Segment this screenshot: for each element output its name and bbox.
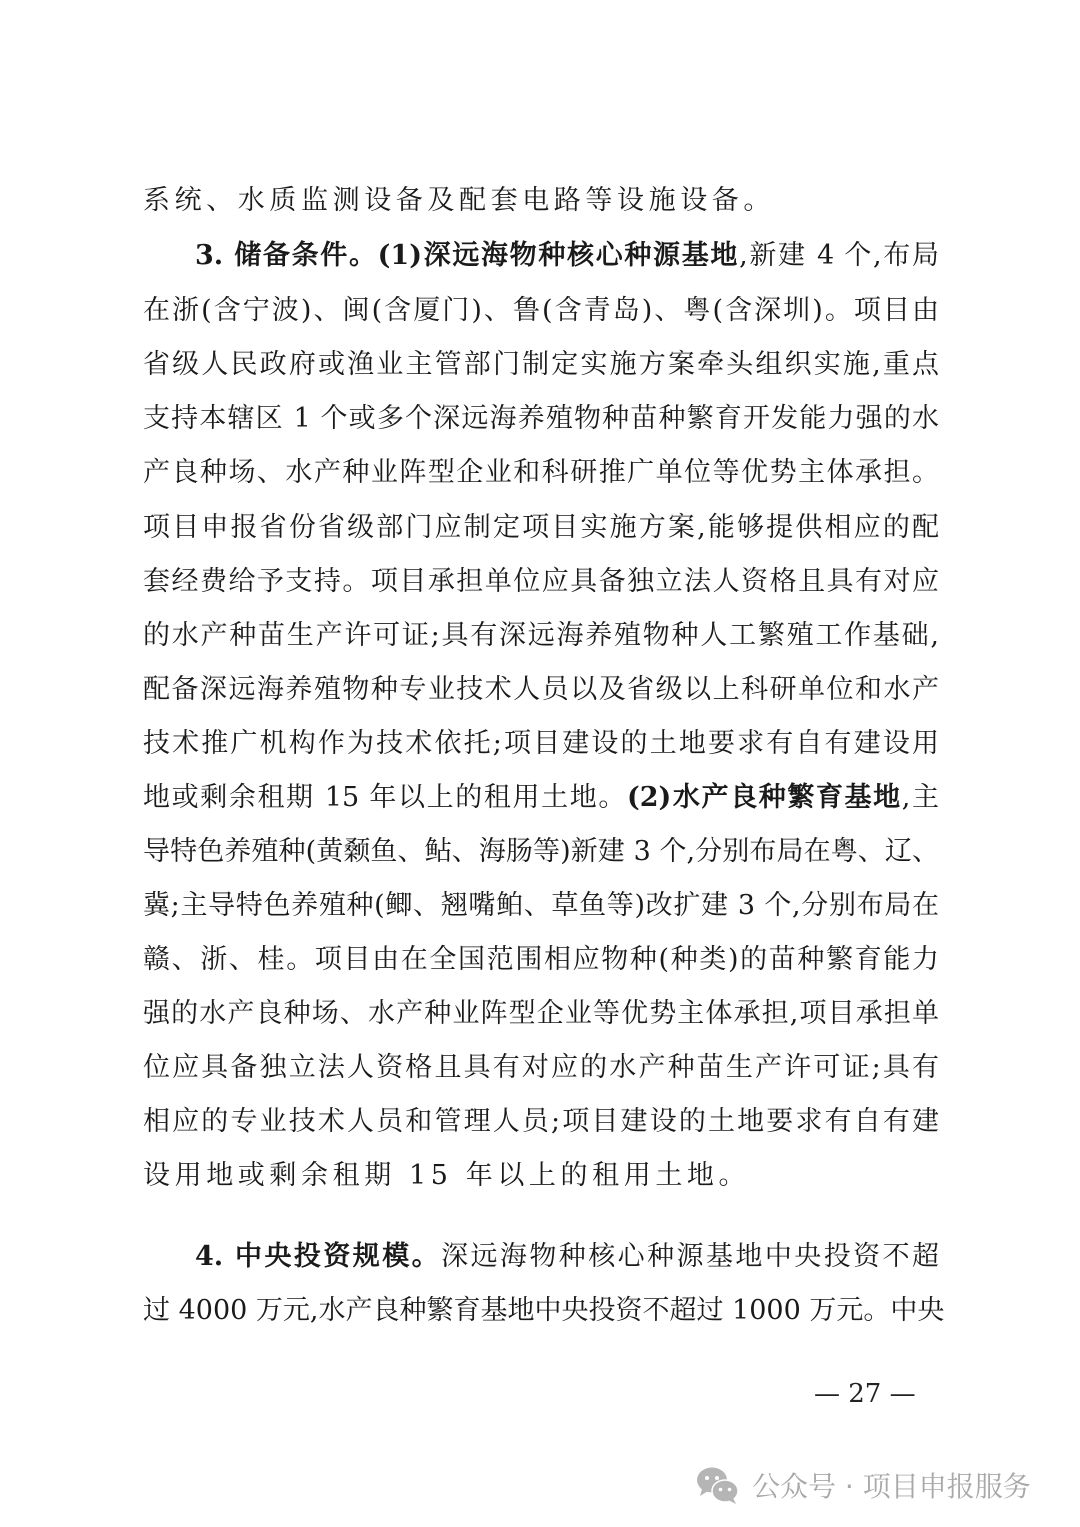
text-segment: 地或剩余租期 15 年以上的租用土地。: [143, 782, 627, 813]
text-segment: 强的水产良种场、水产种业阵型企业等优势主体承担,项目承担单: [143, 998, 939, 1029]
text-line: 强的水产良种场、水产种业阵型企业等优势主体承担,项目承担单: [143, 994, 939, 1034]
text-line: 相应的专业技术人员和管理人员;项目建设的土地要求有自有建: [143, 1102, 939, 1142]
text-segment: 项目申报省份省级部门应制定项目实施方案,能够提供相应的配: [143, 512, 939, 543]
bold-heading-text: (2)水产良种繁育基地: [627, 782, 902, 813]
text-line: 过 4000 万元,水产良种繁育基地中央投资不超过 1000 万元。中央: [143, 1291, 939, 1331]
text-segment: 设用地或剩余租期 15 年以上的租用土地。: [143, 1160, 750, 1191]
bold-heading-text: 3. 储备条件。(1)深远海物种核心种源基地: [195, 240, 739, 271]
page-number: — 27 —: [814, 1376, 916, 1412]
text-segment: ,主: [902, 782, 939, 813]
text-segment: 的水产种苗生产许可证;具有深远海养殖物种人工繁殖工作基础,: [143, 620, 939, 651]
text-segment: 深远海物种核心种源基地中央投资不超: [441, 1241, 939, 1272]
text-segment: 位应具备独立法人资格且具有对应的水产种苗生产许可证;具有: [143, 1052, 939, 1083]
text-line: 位应具备独立法人资格且具有对应的水产种苗生产许可证;具有: [143, 1048, 939, 1088]
text-line: 省级人民政府或渔业主管部门制定实施方案牵头组织实施,重点: [143, 345, 939, 385]
text-segment: 赣、浙、桂。项目由在全国范围相应物种(种类)的苗种繁育能力: [143, 944, 939, 975]
text-line: 冀;主导特色养殖种(鲫、翘嘴鲌、草鱼等)改扩建 3 个,分别布局在: [143, 886, 939, 926]
text-segment: 过 4000 万元,水产良种繁育基地中央投资不超过 1000 万元。中央: [143, 1295, 944, 1326]
text-segment: 在浙(含宁波)、闽(含厦门)、鲁(含青岛)、粤(含深圳)。项目由: [143, 295, 939, 326]
text-segment: 相应的专业技术人员和管理人员;项目建设的土地要求有自有建: [143, 1106, 939, 1137]
text-segment: 冀;主导特色养殖种(鲫、翘嘴鲌、草鱼等)改扩建 3 个,分别布局在: [143, 890, 939, 921]
document-page: 系统、水质监测设备及配套电路等设施设备。3. 储备条件。(1)深远海物种核心种源…: [0, 0, 1080, 1527]
text-line: 在浙(含宁波)、闽(含厦门)、鲁(含青岛)、粤(含深圳)。项目由: [143, 291, 939, 331]
text-line: 产良种场、水产种业阵型企业和科研推广单位等优势主体承担。: [143, 453, 939, 493]
text-segment: 产良种场、水产种业阵型企业和科研推广单位等优势主体承担。: [143, 457, 939, 488]
text-line: 4. 中央投资规模。深远海物种核心种源基地中央投资不超: [195, 1237, 939, 1277]
text-line: 赣、浙、桂。项目由在全国范围相应物种(种类)的苗种繁育能力: [143, 940, 939, 980]
text-segment: 套经费给予支持。项目承担单位应具备独立法人资格且具有对应: [143, 566, 939, 597]
text-segment: 支持本辖区 1 个或多个深远海养殖物种苗种繁育开发能力强的水: [143, 403, 939, 434]
text-line: 的水产种苗生产许可证;具有深远海养殖物种人工繁殖工作基础,: [143, 616, 939, 656]
watermark: 公众号 · 项目申报服务: [696, 1460, 1031, 1510]
text-segment: 技术推广机构作为技术依托;项目建设的土地要求有自有建设用: [143, 728, 939, 759]
text-line: 地或剩余租期 15 年以上的租用土地。(2)水产良种繁育基地,主: [143, 778, 939, 818]
text-segment: 配备深远海养殖物种专业技术人员以及省级以上科研单位和水产: [143, 674, 939, 705]
watermark-text: 公众号 · 项目申报服务: [752, 1465, 1031, 1505]
text-line: 支持本辖区 1 个或多个深远海养殖物种苗种繁育开发能力强的水: [143, 399, 939, 439]
text-segment: 系统、水质监测设备及配套电路等设施设备。: [143, 185, 775, 216]
text-line: 设用地或剩余租期 15 年以上的租用土地。: [143, 1156, 939, 1196]
text-line: 系统、水质监测设备及配套电路等设施设备。: [143, 181, 939, 221]
text-line: 导特色养殖种(黄颡鱼、鲇、海肠等)新建 3 个,分别布局在粤、辽、: [143, 832, 939, 872]
wechat-icon: [696, 1465, 740, 1505]
text-segment: ,新建 4 个,布局: [739, 240, 939, 271]
text-line: 技术推广机构作为技术依托;项目建设的土地要求有自有建设用: [143, 724, 939, 764]
text-line: 3. 储备条件。(1)深远海物种核心种源基地,新建 4 个,布局: [195, 236, 939, 276]
text-line: 配备深远海养殖物种专业技术人员以及省级以上科研单位和水产: [143, 670, 939, 710]
text-line: 套经费给予支持。项目承担单位应具备独立法人资格且具有对应: [143, 562, 939, 602]
text-segment: 省级人民政府或渔业主管部门制定实施方案牵头组织实施,重点: [143, 349, 939, 380]
text-segment: 导特色养殖种(黄颡鱼、鲇、海肠等)新建 3 个,分别布局在粤、辽、: [143, 836, 939, 867]
text-line: 项目申报省份省级部门应制定项目实施方案,能够提供相应的配: [143, 508, 939, 548]
bold-heading-text: 4. 中央投资规模。: [195, 1241, 441, 1272]
